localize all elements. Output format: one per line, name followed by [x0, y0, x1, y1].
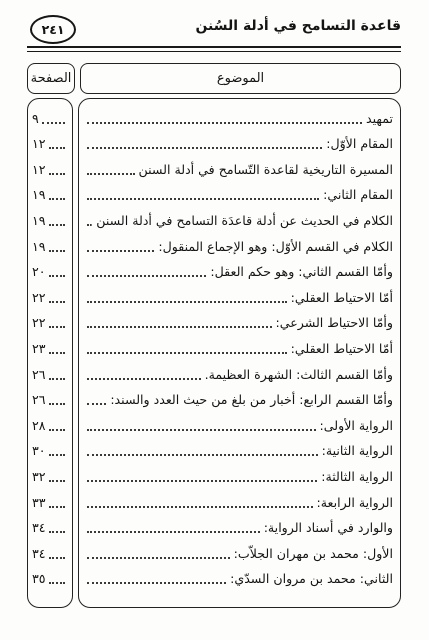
toc-row: الرواية الأولى: [85, 411, 393, 437]
toc-page-number: ٣٢ [32, 465, 46, 488]
toc-page-number: ٢٠ [32, 260, 46, 283]
toc-page-number: ٣٤ [32, 516, 46, 539]
toc-topic-text: الرواية الأولى: [320, 414, 393, 437]
toc-row: المقام الأوّل: [85, 130, 393, 156]
dot-leader [87, 531, 260, 533]
dot-leader [87, 326, 272, 328]
pages-column: ٩١٢١٢١٩١٩١٩٢٠٢٢٢٢٢٣٢٦٢٦٢٨٣٠٣٢٣٣٣٤٣٤٣٥ [27, 98, 73, 608]
toc-topic-text: الكلام في الحديث عن أدلة قاعدَة التسامح … [96, 209, 393, 232]
toc-page-row: ٢٢ [32, 309, 67, 335]
dot-leader [87, 454, 318, 456]
dot-leader [87, 122, 362, 124]
toc-page-number: ٢٨ [32, 414, 46, 437]
header-rule [27, 46, 401, 52]
toc-topic-text: المقام الأوّل: [326, 132, 393, 155]
dot-leader [87, 352, 287, 354]
toc-page-row: ١٩ [32, 181, 67, 207]
toc-row: وأمّا القسم الثالث: الشهرة العظيمة. [85, 360, 393, 386]
toc-page-row: ٣٢ [32, 462, 67, 488]
dot-leader [87, 147, 322, 149]
dot-leader [49, 480, 65, 482]
dot-leader [49, 429, 65, 431]
toc-page-row: ١٩ [32, 232, 67, 258]
dot-leader [49, 326, 65, 328]
toc-row: الكلام في الحديث عن أدلة قاعدَة التسامح … [85, 206, 393, 232]
toc-page-number: ٢٢ [32, 286, 46, 309]
dot-leader [87, 173, 135, 175]
dot-leader [49, 582, 65, 584]
toc-row: تمهيد [85, 104, 393, 130]
toc-header-row: الموضوع الصفحة [27, 63, 401, 94]
toc-page-row: ٢٢ [32, 283, 67, 309]
toc-page-number: ٣٠ [32, 439, 46, 462]
toc-page-row: ٩ [32, 104, 67, 130]
dot-leader [87, 480, 317, 482]
book-page: قاعدة التسامح في أدلة السُنن ٢٤١ الموضوع… [0, 0, 429, 640]
toc-topic-text: الرواية الرابعة: [317, 491, 394, 514]
toc-row: أمّا الاحتياط العقلي: [85, 334, 393, 360]
toc-row: المسيرة التاريخية لقاعدة التّسامح في أدل… [85, 155, 393, 181]
dot-leader [87, 275, 206, 277]
toc-topic-text: المسيرة التاريخية لقاعدة التّسامح في أدل… [139, 158, 393, 181]
running-head: قاعدة التسامح في أدلة السُنن ٢٤١ [0, 0, 429, 46]
page-column-header: الصفحة [27, 63, 75, 94]
toc-page-row: ٣٥ [32, 565, 67, 591]
dot-leader [49, 506, 65, 508]
topics-column: تمهيدالمقام الأوّل:المسيرة التاريخية لقا… [78, 98, 401, 608]
toc-page-number: ٩ [32, 107, 39, 130]
dot-leader [87, 301, 287, 303]
toc-topic-text: الرواية الثالثة: [321, 465, 393, 488]
toc-topic-text: أمّا الاحتياط العقلي: [291, 337, 393, 360]
toc-page-row: ٢٦ [32, 360, 67, 386]
toc-page-number: ٢٦ [32, 363, 46, 386]
folio-number-oval: ٢٤١ [30, 15, 76, 44]
toc-page-row: ٢٦ [32, 386, 67, 412]
toc-page-number: ١٩ [32, 209, 46, 232]
dot-leader [49, 275, 65, 277]
toc-body: تمهيدالمقام الأوّل:المسيرة التاريخية لقا… [27, 98, 401, 608]
dot-leader [87, 378, 201, 380]
toc-row: وأمّا الاحتياط الشرعي: [85, 309, 393, 335]
toc-row: الثاني: محمد بن مروان السدّي: [85, 565, 393, 591]
dot-leader [87, 250, 154, 252]
toc-page-number: ٢٦ [32, 388, 46, 411]
dot-leader [87, 506, 313, 508]
toc-page-row: ٣٠ [32, 437, 67, 463]
dot-leader [49, 173, 65, 175]
dot-leader [87, 403, 106, 405]
dot-leader [49, 198, 65, 200]
dot-leader [49, 403, 65, 405]
book-title: قاعدة التسامح في أدلة السُنن [195, 18, 401, 34]
toc-topic-text: المقام الثاني: [323, 183, 393, 206]
dot-leader [49, 454, 65, 456]
toc-row: الرواية الرابعة: [85, 488, 393, 514]
toc-page-number: ٢٣ [32, 337, 46, 360]
dot-leader [49, 378, 65, 380]
toc-page-number: ١٩ [32, 235, 46, 258]
toc-page-number: ١٢ [32, 158, 46, 181]
toc-page-row: ١٢ [32, 155, 67, 181]
toc-topic-text: الرواية الثانية: [322, 439, 393, 462]
toc-row: الكلام في القسم الأوّل: وهو الإجماع المن… [85, 232, 393, 258]
toc-row: الأول: محمد بن مهران الجلاّب: [85, 539, 393, 565]
toc-topic-text: وأمّا القسم الثالث: الشهرة العظيمة. [205, 363, 393, 386]
toc-page-number: ١٢ [32, 132, 46, 155]
toc-topic-text: الأول: محمد بن مهران الجلاّب: [234, 542, 393, 565]
toc-page-number: ١٩ [32, 183, 46, 206]
toc-page-number: ٢٢ [32, 311, 46, 334]
dot-leader [87, 557, 230, 559]
toc-topic-text: وأمّا القسم الرابع: أخبار من بلغ من حيث … [110, 388, 393, 411]
toc-page-row: ٢٨ [32, 411, 67, 437]
toc-topic-text: الكلام في القسم الأوّل: وهو الإجماع المن… [158, 235, 393, 258]
dot-leader [49, 224, 65, 226]
toc-row: وأمّا القسم الرابع: أخبار من بلغ من حيث … [85, 386, 393, 412]
toc-row: والوارد في أسناد الرواية: [85, 514, 393, 540]
toc-row: أمّا الاحتياط العقلي: [85, 283, 393, 309]
dot-leader [87, 582, 226, 584]
toc-page-row: ٢٣ [32, 334, 67, 360]
toc-topic-text: تمهيد [366, 107, 393, 130]
toc-topic-text: أمّا الاحتياط العقلي: [291, 286, 393, 309]
dot-leader [49, 531, 65, 533]
toc-page-number: ٣٤ [32, 542, 46, 565]
toc-topic-text: الثاني: محمد بن مروان السدّي: [230, 567, 393, 590]
dot-leader [87, 198, 319, 200]
dot-leader [42, 122, 65, 124]
toc-row: الرواية الثانية: [85, 437, 393, 463]
dot-leader [87, 429, 316, 431]
dot-leader [49, 147, 65, 149]
folio-number: ٢٤١ [42, 22, 65, 37]
toc-row: الرواية الثالثة: [85, 462, 393, 488]
dot-leader [49, 250, 65, 252]
dot-leader [87, 224, 92, 226]
toc-page-row: ٢٠ [32, 258, 67, 284]
dot-leader [49, 301, 65, 303]
dot-leader [49, 557, 65, 559]
toc-page-row: ٣٤ [32, 539, 67, 565]
toc-page-number: ٣٣ [32, 491, 46, 514]
toc-topic-text: وأمّا القسم الثاني: وهو حكم العقل: [210, 260, 393, 283]
toc-page-row: ٣٣ [32, 488, 67, 514]
toc-page-number: ٣٥ [32, 567, 46, 590]
toc-page-row: ٣٤ [32, 514, 67, 540]
toc-row: المقام الثاني: [85, 181, 393, 207]
toc-row: وأمّا القسم الثاني: وهو حكم العقل: [85, 258, 393, 284]
toc-topic-text: وأمّا الاحتياط الشرعي: [276, 311, 394, 334]
dot-leader [49, 352, 65, 354]
toc-page-row: ١٢ [32, 130, 67, 156]
topic-column-header: الموضوع [80, 63, 401, 94]
toc-page-row: ١٩ [32, 206, 67, 232]
toc-topic-text: والوارد في أسناد الرواية: [264, 516, 393, 539]
